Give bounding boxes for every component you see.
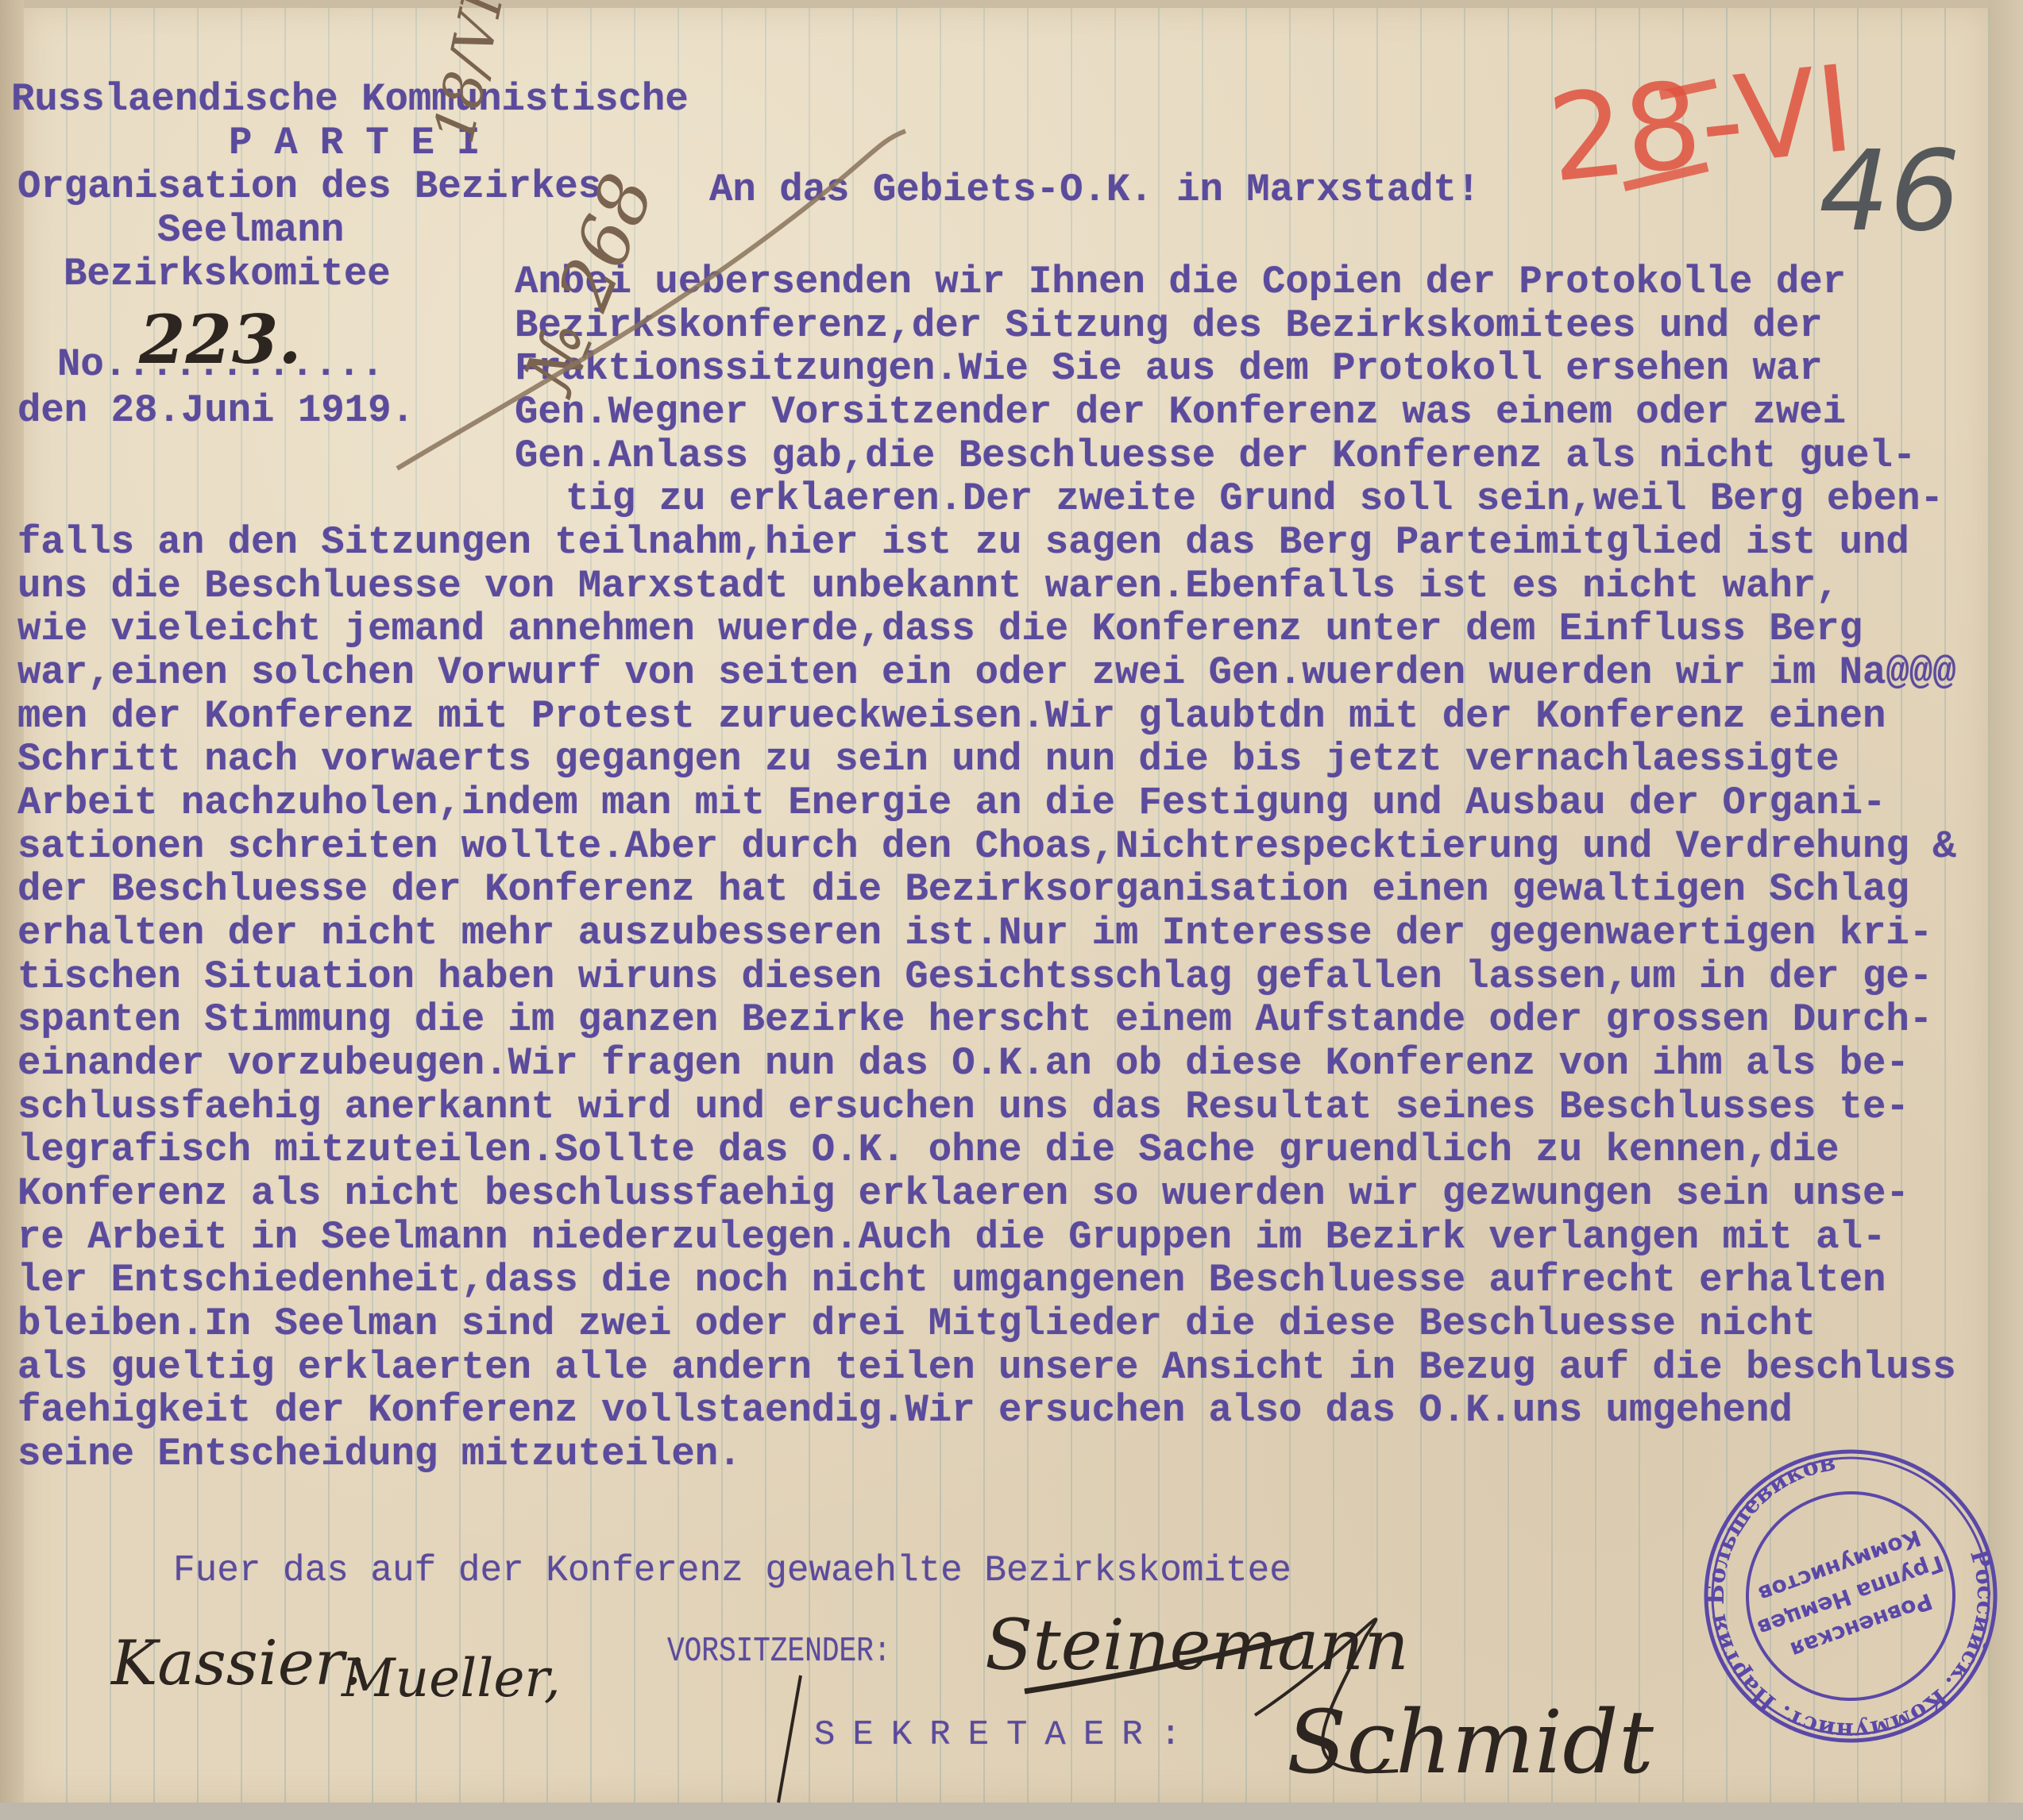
diagonal-ink-stroke-icon [397,131,905,468]
party-stamp-icon: Российск. Коммунист. Партия Большевиков … [1700,1445,2002,1747]
document-scan: Russlaendische Kommunistische PARTEI Org… [0,0,2023,1820]
